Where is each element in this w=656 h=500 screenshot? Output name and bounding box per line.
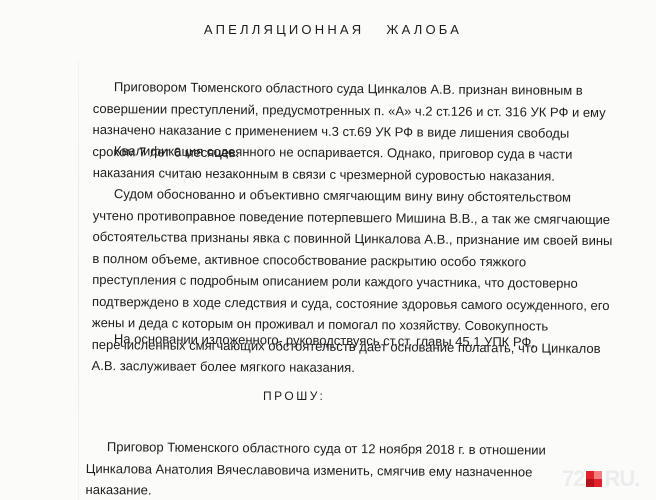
title-word-1: АПЕЛЛЯЦИОННАЯ	[204, 22, 365, 37]
scan-fold-line	[78, 60, 79, 500]
watermark-text-left: 72	[562, 466, 584, 492]
watermark-logo-icon	[586, 471, 602, 487]
title-word-2: ЖАЛОБА	[386, 22, 462, 37]
request-text: Приговор Тюменского областного суда от 1…	[85, 436, 600, 500]
site-watermark: 72 RU.	[562, 466, 639, 492]
paragraph-qualification: Квалификация содеянного не оспаривается.…	[93, 140, 621, 187]
document-title: АПЕЛЛЯЦИОННАЯЖАЛОБА	[0, 22, 656, 37]
paragraph-legal-basis: На основании изложенного, руководствуясь…	[93, 328, 613, 354]
watermark-text-right: RU.	[604, 466, 639, 492]
scanned-document-page: АПЕЛЛЯЦИОННАЯЖАЛОБА Приговором Тюменског…	[0, 0, 656, 500]
request-heading: ПРОШУ:	[263, 389, 325, 403]
